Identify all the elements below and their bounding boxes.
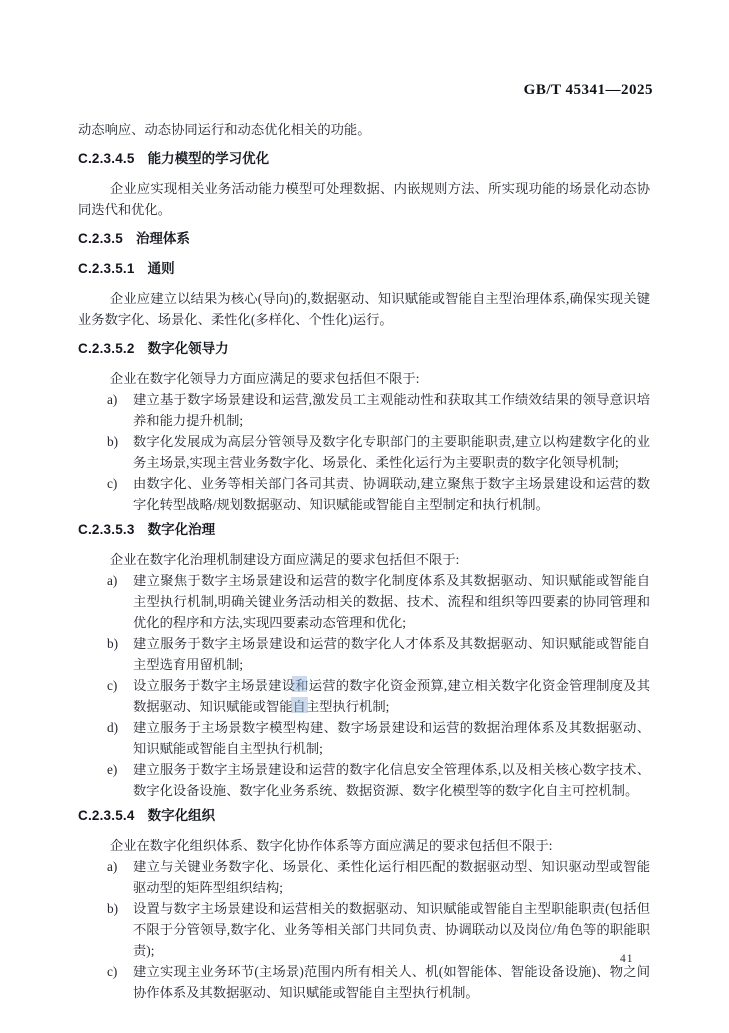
section-heading-c235: C.2.3.5治理体系 — [78, 228, 650, 249]
requirements-intro: 企业在数字化组织体系、数字化协作体系等方面应满足的要求包括但不限于: — [78, 835, 650, 856]
list-item: e) 建立服务于数字主场景建设和运营的数字化信息安全管理体系,以及相关核心数字技… — [78, 759, 650, 801]
list-item-label: c) — [107, 961, 117, 982]
page-number: 41 — [620, 953, 634, 965]
list-item: c) 设立服务于数字主场景建设和运营的数字化资金预算,建立相关数字化资金管理制度… — [78, 675, 650, 717]
list-item-label: d) — [107, 717, 118, 738]
section-heading-c2351: C.2.3.5.1通则 — [78, 258, 650, 279]
section-heading-c2354: C.2.3.5.4数字化组织 — [78, 805, 650, 826]
list-item: b) 设置与数字主场景建设和运营相关的数据驱动、知识赋能或智能自主型职能职责(包… — [78, 898, 650, 961]
ordered-list-governance: a) 建立聚焦于数字主场景建设和运营的数字化制度体系及其数据驱动、知识赋能或智能… — [78, 570, 650, 801]
clause-title: 数字化组织 — [148, 808, 216, 823]
list-item: c) 由数字化、业务等相关部门各司其责、协调联动,建立聚焦于数字主场景建设和运营… — [78, 473, 650, 515]
clause-title: 能力模型的学习优化 — [148, 151, 270, 166]
standard-number-header: GB/T 45341—2025 — [0, 82, 653, 99]
ordered-list-organization: a) 建立与关键业务数字化、场景化、柔性化运行相匹配的数据驱动型、知识驱动型或智… — [78, 856, 650, 1003]
list-item: a) 建立基于数字场景建设和运营,激发员工主观能动性和获取其工作绩效结果的领导意… — [78, 389, 650, 431]
paragraph: 企业应建立以结果为核心(导向)的,数据驱动、知识赋能或智能自主型治理体系,确保实… — [78, 288, 650, 330]
list-item: a) 建立与关键业务数字化、场景化、柔性化运行相匹配的数据驱动型、知识驱动型或智… — [78, 856, 650, 898]
list-item: d) 建立服务于主场景数字模型构建、数字场景建设和运营的数据治理体系及其数据驱动… — [78, 717, 650, 759]
list-item-label: c) — [107, 473, 117, 494]
document-page: GB/T 45341—2025 动态响应、动态协同运行和动态优化相关的功能。 C… — [0, 0, 729, 1033]
list-item-text: 数字化发展成为高层分管领导及数字化专职部门的主要职能职责,建立以构建数字化的业务… — [133, 434, 650, 470]
list-item-text: 由数字化、业务等相关部门各司其责、协调联动,建立聚焦于数字主场景建设和运营的数字… — [133, 476, 650, 512]
list-item-text: 建立与关键业务数字化、场景化、柔性化运行相匹配的数据驱动型、知识驱动型或智能驱动… — [133, 859, 650, 895]
document-content: 动态响应、动态协同运行和动态优化相关的功能。 C.2.3.4.5能力模型的学习优… — [78, 119, 650, 1003]
list-item: b) 数字化发展成为高层分管领导及数字化专职部门的主要职能职责,建立以构建数字化… — [78, 431, 650, 473]
list-item-label: b) — [107, 633, 118, 654]
list-item-label: a) — [107, 389, 117, 410]
clause-title: 通则 — [148, 261, 175, 276]
section-heading-c2353: C.2.3.5.3数字化治理 — [78, 519, 650, 540]
list-item-text: 设置与数字主场景建设和运营相关的数据驱动、知识赋能或智能自主型职能职责(包括但不… — [133, 901, 650, 958]
clause-number: C.2.3.5.2 — [78, 341, 135, 356]
list-item-text: 建立服务于数字主场景建设和运营的数字化人才体系及其数据驱动、知识赋能或智能自主型… — [133, 636, 650, 672]
list-item-text: 建立实现主业务环节(主场景)范围内所有相关人、机(如智能体、智能设备设施)、物之… — [133, 964, 650, 1000]
section-heading-c2352: C.2.3.5.2数字化领导力 — [78, 338, 650, 359]
list-item-label: a) — [107, 856, 117, 877]
ordered-list-leadership: a) 建立基于数字场景建设和运营,激发员工主观能动性和获取其工作绩效结果的领导意… — [78, 389, 650, 515]
clause-number: C.2.3.5.1 — [78, 261, 135, 276]
clause-title: 治理体系 — [136, 231, 190, 246]
list-item-text: 建立服务于主场景数字模型构建、数字场景建设和运营的数据治理体系及其数据驱动、知识… — [133, 720, 650, 756]
clause-number: C.2.3.5.3 — [78, 522, 135, 537]
list-item: a) 建立聚焦于数字主场景建设和运营的数字化制度体系及其数据驱动、知识赋能或智能… — [78, 570, 650, 633]
requirements-intro: 企业在数字化领导力方面应满足的要求包括但不限于: — [78, 368, 650, 389]
clause-number: C.2.3.5 — [78, 231, 123, 246]
section-heading-c2345: C.2.3.4.5能力模型的学习优化 — [78, 148, 650, 169]
list-item-text: 建立服务于数字主场景建设和运营的数字化信息安全管理体系,以及相关核心数字技术、数… — [133, 762, 650, 798]
list-item-text: 建立基于数字场景建设和运营,激发员工主观能动性和获取其工作绩效结果的领导意识培养… — [133, 392, 650, 428]
list-item: c) 建立实现主业务环节(主场景)范围内所有相关人、机(如智能体、智能设备设施)… — [78, 961, 650, 1003]
clause-number: C.2.3.4.5 — [78, 151, 135, 166]
requirements-intro: 企业在数字化治理机制建设方面应满足的要求包括但不限于: — [78, 549, 650, 570]
clause-number: C.2.3.5.4 — [78, 808, 135, 823]
clause-title: 数字化领导力 — [148, 341, 229, 356]
list-item-label: e) — [107, 759, 117, 780]
list-item: b) 建立服务于数字主场景建设和运营的数字化人才体系及其数据驱动、知识赋能或智能… — [78, 633, 650, 675]
list-item-label: b) — [107, 431, 118, 452]
list-item-label: b) — [107, 898, 118, 919]
list-item-text: 设立服务于数字主场景建设和运营的数字化资金预算,建立相关数字化资金管理制度及其数… — [133, 678, 650, 714]
clause-title: 数字化治理 — [148, 522, 216, 537]
list-item-label: a) — [107, 570, 117, 591]
list-item-text: 建立聚焦于数字主场景建设和运营的数字化制度体系及其数据驱动、知识赋能或智能自主型… — [133, 573, 650, 630]
list-item-label: c) — [107, 675, 117, 696]
paragraph: 企业应实现相关业务活动能力模型可处理数据、内嵌规则方法、所实现功能的场景化动态协… — [78, 178, 650, 220]
paragraph-continuation: 动态响应、动态协同运行和动态优化相关的功能。 — [78, 119, 650, 140]
